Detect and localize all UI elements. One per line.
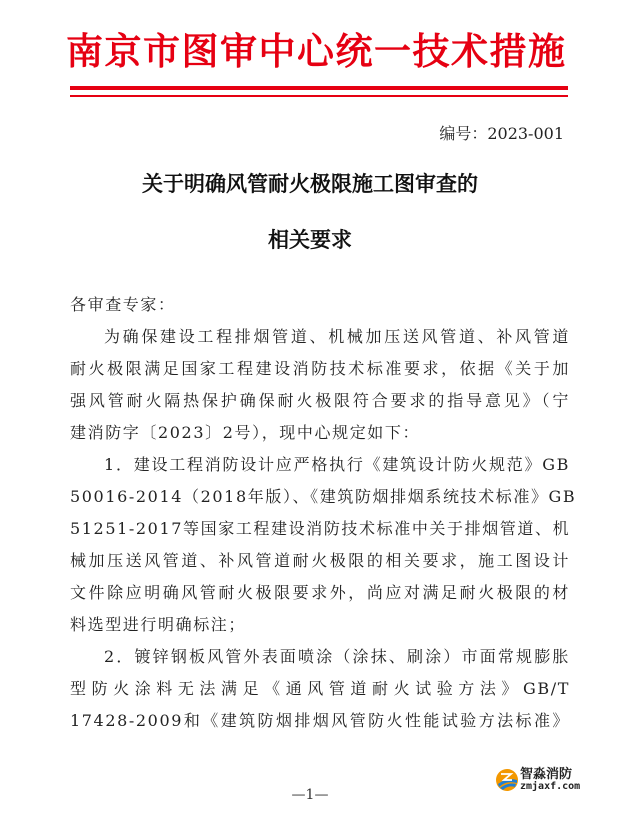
salutation: 各审查专家： [70, 290, 176, 320]
body-line: 型防火涂料无法满足《通风管道耐火试验方法》GB/T [70, 674, 570, 704]
body-line: 建消防字〔2023〕2号），现中心规定如下： [70, 418, 420, 448]
org-header-title: 南京市图审中心统一技术措施 [66, 30, 572, 74]
body-line: 50016-2014（2018年版）、《建筑防烟排烟系统技术标准》GB [70, 482, 570, 512]
body-line: 1．建设工程消防设计应严格执行《建筑设计防火规范》GB [104, 450, 570, 480]
body-line: 17428-2009和《建筑防烟排烟风管防火性能试验方法标准》 [70, 706, 570, 736]
body-line: 文件除应明确风管耐火极限要求外，尚应对满足耐火极限的材 [70, 578, 570, 608]
document-number: 编号：2023-001 [439, 121, 564, 144]
document-title-line2: 相关要求 [0, 224, 620, 254]
header-rule-thick [70, 86, 568, 90]
body-line: 料选型进行明确标注； [70, 610, 246, 640]
body-line: 械加压送风管道、补风管道耐火极限的相关要求，施工图设计 [70, 546, 570, 576]
zm-logo-icon [495, 768, 519, 792]
body-line: 耐火极限满足国家工程建设消防技术标准要求，依据《关于加 [70, 354, 570, 384]
body-line: 2．镀锌钢板风管外表面喷涂（涂抹、刷涂）市面常规膨胀 [104, 642, 570, 672]
watermark: 智淼消防 zmjaxf.com [492, 762, 612, 798]
header-rule-thin [70, 95, 568, 97]
document-title-line1: 关于明确风管耐火极限施工图审查的 [0, 168, 620, 198]
body-line: 强风管耐火隔热保护确保耐火极限符合要求的指导意见》（宁 [70, 386, 570, 416]
watermark-name: 智淼消防 [520, 763, 572, 782]
watermark-url: zmjaxf.com [520, 781, 580, 792]
body-line: 51251-2017等国家工程建设消防技术标准中关于排烟管道、机 [70, 514, 570, 544]
body-line: 为确保建设工程排烟管道、机械加压送风管道、补风管道 [104, 322, 570, 352]
